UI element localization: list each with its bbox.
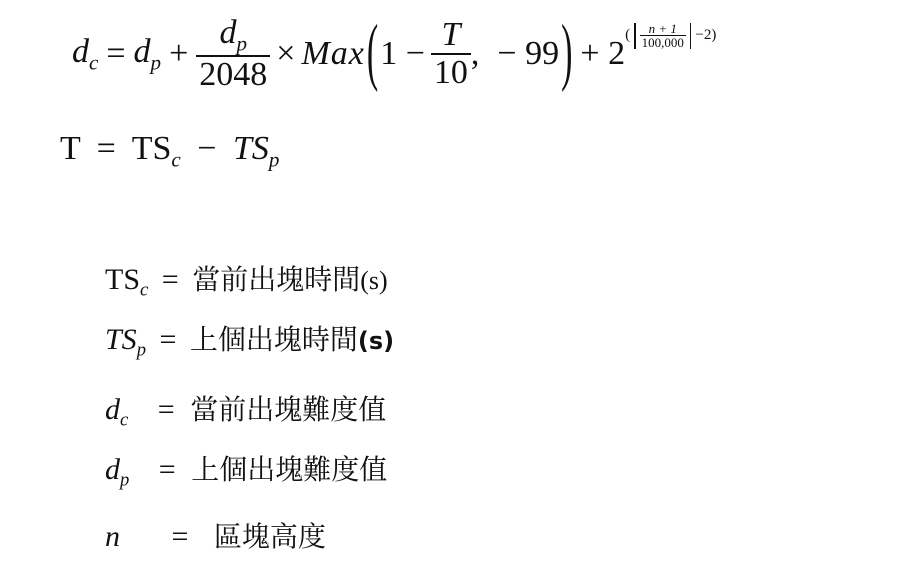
exponent: ( n + 1 100,000 −2) <box>625 22 716 50</box>
term-dp: dp <box>134 33 162 75</box>
fraction-dp-over-2048: dp 2048 <box>196 15 270 92</box>
abs-bar-left <box>634 23 636 49</box>
difficulty-formula: dc = dp + dp 2048 × Max ( 1 − T 10 , − 9… <box>72 4 716 104</box>
definition-dp: dp = 上個出塊難度值 <box>105 448 387 492</box>
plus-two: + 2 <box>580 35 625 73</box>
open-paren: ( <box>367 12 378 96</box>
plus-sign: + <box>169 35 188 73</box>
one-minus: 1 − <box>380 35 425 73</box>
t-definition: T = TSc − TSp <box>60 130 279 172</box>
times-sign: × <box>276 35 295 73</box>
formula-lhs: dc <box>72 33 98 75</box>
definition-dc: dc = 當前出塊難度值 <box>105 388 386 432</box>
fraction-t-over-10: T 10 <box>431 17 471 90</box>
definition-ts-p: TSp = 上個出塊時間(s) <box>105 318 394 362</box>
max-function: Max <box>301 35 364 73</box>
minus-99: − 99 <box>497 35 559 73</box>
definition-ts-c: TSc = 當前出塊時間(s) <box>105 258 388 302</box>
fraction-n-plus-1: n + 1 100,000 <box>640 22 686 50</box>
equals-sign: = <box>106 35 125 73</box>
definition-n: n = 區塊高度 <box>105 515 326 555</box>
comma: , <box>471 35 480 73</box>
close-paren: ) <box>561 12 572 96</box>
abs-bar-right <box>690 23 692 49</box>
